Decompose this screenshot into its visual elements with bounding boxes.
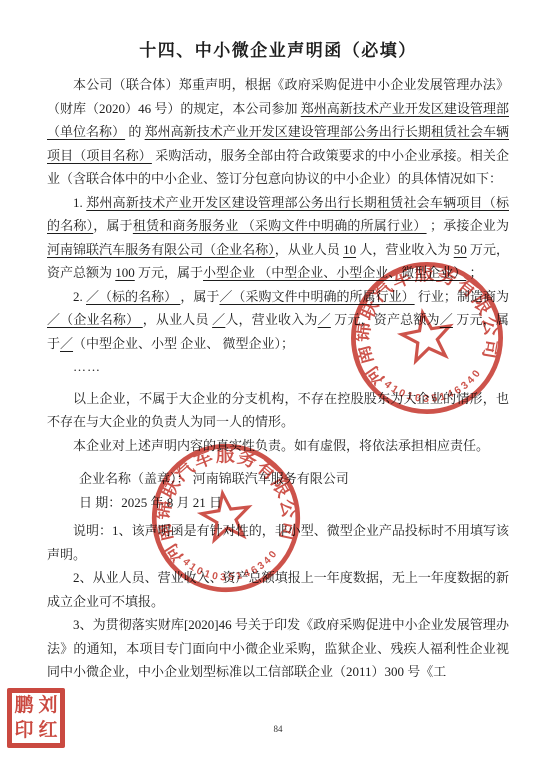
signature-block: 企业名称（盖章）： 河南锦联汽车服务有限公司 日 期：2025 年 8 月 21… bbox=[79, 467, 509, 514]
enterprise-item-1: 1. 郑州高新技术产业开发区建设管理部公务出行长期租赁社会车辆项目（标的名称），… bbox=[47, 191, 509, 285]
filled-blank: 100 bbox=[115, 265, 135, 280]
text-segment: 万元，资产总额为 bbox=[331, 312, 440, 327]
text-segment: ，从业人员 bbox=[143, 312, 212, 327]
note-3: 3、为贯彻落实财库[2020]46 号关于印发《政府采购促进中小企业发展管理办法… bbox=[47, 613, 509, 684]
personal-name-seal: 鹏 刘 印 红 bbox=[7, 688, 65, 748]
filled-blank: 河南锦联汽车服务有限公司（企业名称） bbox=[47, 242, 275, 257]
declaration-paragraph: 本公司（联合体）郑重声明，根据《政府采购促进中小企业发展管理办法》（财库（202… bbox=[47, 73, 509, 191]
filled-blank: ／ bbox=[60, 336, 73, 351]
text-segment: 的 bbox=[125, 124, 145, 139]
page-number: 84 bbox=[0, 724, 556, 734]
text-segment: 万元，属于 bbox=[135, 265, 203, 280]
text-segment: ，从业人员 bbox=[275, 242, 343, 257]
filled-blank: ／（采购文件中明确的所属行业） bbox=[219, 289, 414, 304]
note-1: 说明：1、该声明函是有针对性的，非小型、微型企业产品投标时不用填写该声明。 bbox=[47, 519, 509, 566]
filled-blank: 50 bbox=[454, 242, 467, 257]
filled-blank: ／ bbox=[212, 312, 225, 327]
text-segment: 行业；制造商为 bbox=[415, 289, 509, 304]
text-segment: 人，营业收入为 bbox=[225, 312, 317, 327]
notes-section: 说明：1、该声明函是有针对性的，非小型、微型企业产品投标时不用填写该声明。 2、… bbox=[47, 519, 509, 684]
filled-blank: ／（标的名称） bbox=[86, 289, 180, 304]
text-segment: 2. bbox=[73, 289, 86, 304]
filled-blank: 小型企业 （中型企业、小型企业、微型企业） bbox=[203, 265, 466, 280]
seal-char: 鹏 bbox=[14, 696, 33, 715]
text-segment: （中型企业、小型 企业、 微型企业）； bbox=[73, 336, 294, 351]
text-segment: ； bbox=[466, 265, 482, 280]
seal-char: 刘 bbox=[38, 696, 57, 715]
signature-date-line: 日 期：2025 年 8 月 21 日 bbox=[79, 491, 509, 515]
text-segment: ；承接企业为 bbox=[427, 218, 509, 233]
filled-blank: ／ bbox=[318, 312, 331, 327]
ellipsis-line: …… bbox=[47, 355, 509, 379]
text-segment: ，属于 bbox=[180, 289, 219, 304]
text-segment: ，属于 bbox=[93, 218, 133, 233]
filled-blank: ／（企业名称） bbox=[47, 312, 143, 327]
document-page: 十四、中小微企业声明函（必填） 本公司（联合体）郑重声明，根据《政府采购促进中小… bbox=[0, 0, 556, 760]
text-segment: 1. bbox=[73, 195, 86, 210]
text-segment: 人，营业收入为 bbox=[356, 242, 454, 257]
filled-blank: 租赁和商务服务业 （采购文件中明确的所属行业） bbox=[133, 218, 427, 233]
document-title: 十四、中小微企业声明函（必填） bbox=[47, 36, 509, 61]
signature-company-line: 企业名称（盖章）： 河南锦联汽车服务有限公司 bbox=[79, 467, 509, 491]
filled-blank: 10 bbox=[343, 242, 356, 257]
enterprise-item-2: 2. ／（标的名称） ，属于／（采购文件中明确的所属行业） 行业；制造商为／（企… bbox=[47, 285, 509, 356]
truthfulness-paragraph: 本企业对上述声明内容的真实性负责。如有虚假，将依法承担相应责任。 bbox=[47, 434, 509, 458]
filled-blank: ／ bbox=[440, 312, 453, 327]
no-large-enterprise-paragraph: 以上企业，不属于大企业的分支机构，不存在控股股东为大企业的情形，也不存在与大企业… bbox=[47, 387, 509, 434]
note-2: 2、从业人员、营业收入、资产总额填报上一年度数据，无上一年度数据的新成立企业可不… bbox=[47, 566, 509, 613]
